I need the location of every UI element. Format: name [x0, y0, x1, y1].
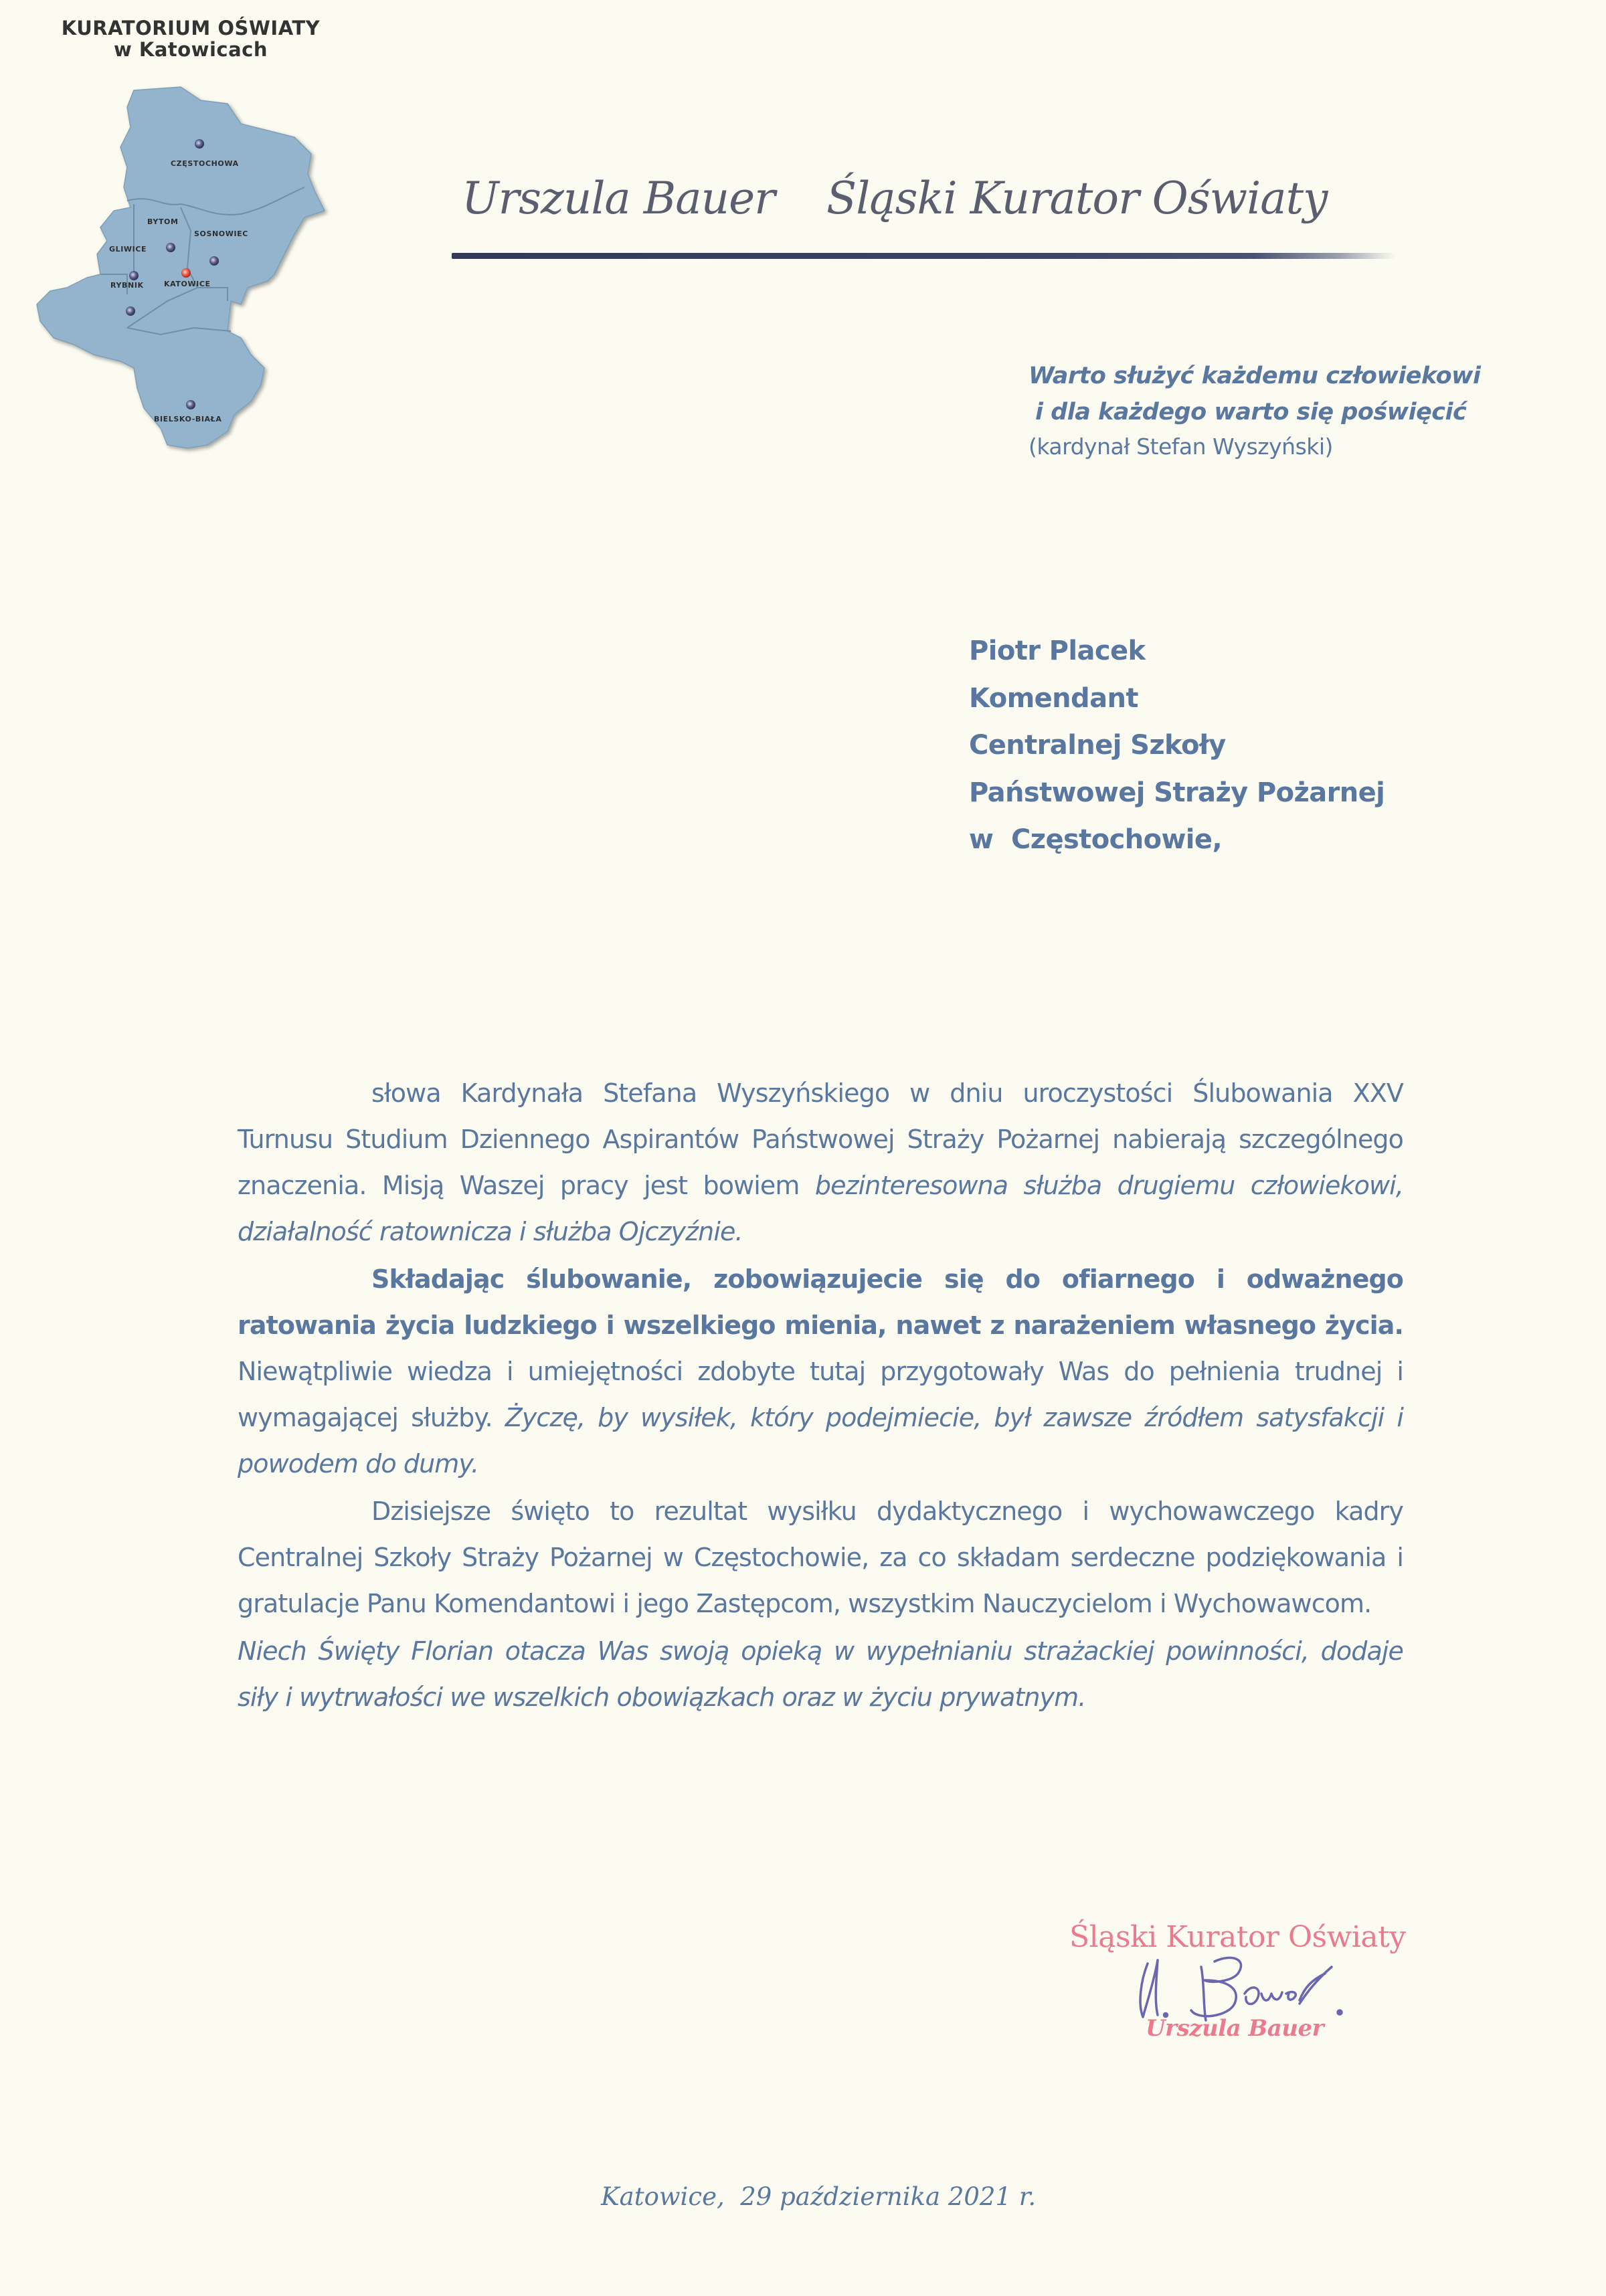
sender-title: Śląski Kurator Oświaty: [826, 173, 1327, 224]
map-label-czestochowa: CZĘSTOCHOWA: [171, 159, 239, 168]
header-divider: [452, 253, 1395, 259]
letter-date: Katowice, 29 października 2021 r.: [601, 2182, 1036, 2211]
recipient-address: Piotr Placek Komendant Centralnej Szkoły…: [969, 628, 1385, 864]
paragraph-2: Składając ślubowanie, zobowiązujecie się…: [238, 1256, 1403, 1487]
recipient-org-line-1: Centralnej Szkoły: [969, 722, 1385, 769]
map-label-gliwice: GLIWICE: [109, 245, 147, 254]
institution-logo-title: KURATORIUM OŚWIATY w Katowicach: [27, 17, 355, 60]
map-label-sosnowiec: SOSNOWIEC: [194, 229, 248, 238]
paragraph-1: słowa Kardynała Stefana Wyszyńskiego w d…: [238, 1070, 1403, 1255]
institution-name: KURATORIUM OŚWIATY: [27, 17, 355, 39]
silesia-region-map-icon: CZĘSTOCHOWA BYTOM SOSNOWIEC GLIWICE RYBN…: [27, 74, 348, 475]
motto-line-1: Warto służyć każdemu człowiekowi: [1029, 358, 1497, 394]
letter-body: słowa Kardynała Stefana Wyszyńskiego w d…: [238, 1070, 1403, 1721]
sender-name: Urszula Bauer: [462, 173, 775, 224]
motto-author: (kardynał Stefan Wyszyński): [1029, 430, 1497, 464]
map-label-katowice: KATOWICE: [164, 280, 211, 288]
recipient-city: w Częstochowie,: [969, 816, 1385, 864]
motto-quote: Warto służyć każdemu człowiekowi i dla k…: [1029, 358, 1497, 464]
paragraph-2-oath: Składając ślubowanie, zobowiązujecie się…: [238, 1264, 1403, 1340]
institution-city: w Katowicach: [27, 39, 355, 60]
stamp-title: Śląski Kurator Oświaty: [1069, 1920, 1406, 1954]
motto-line-2: i dla każdego warto się poświęcić: [1029, 394, 1497, 430]
paragraph-4: Niech Święty Florian otacza Was swoją op…: [238, 1628, 1403, 1721]
recipient-position: Komendant: [969, 675, 1385, 723]
map-shape: [37, 87, 325, 448]
paragraph-3: Dzisiejsze święto to rezultat wysiłku dy…: [238, 1489, 1403, 1627]
stamp-name: Urszula Bauer: [1146, 2015, 1324, 2042]
map-label-bielsko-biala: BIELSKO-BIAŁA: [154, 415, 221, 423]
map-label-bytom: BYTOM: [147, 217, 179, 226]
recipient-name: Piotr Placek: [969, 628, 1385, 675]
recipient-org-line-2: Państwowej Straży Pożarnej: [969, 769, 1385, 817]
map-label-rybnik: RYBNIK: [110, 281, 144, 290]
